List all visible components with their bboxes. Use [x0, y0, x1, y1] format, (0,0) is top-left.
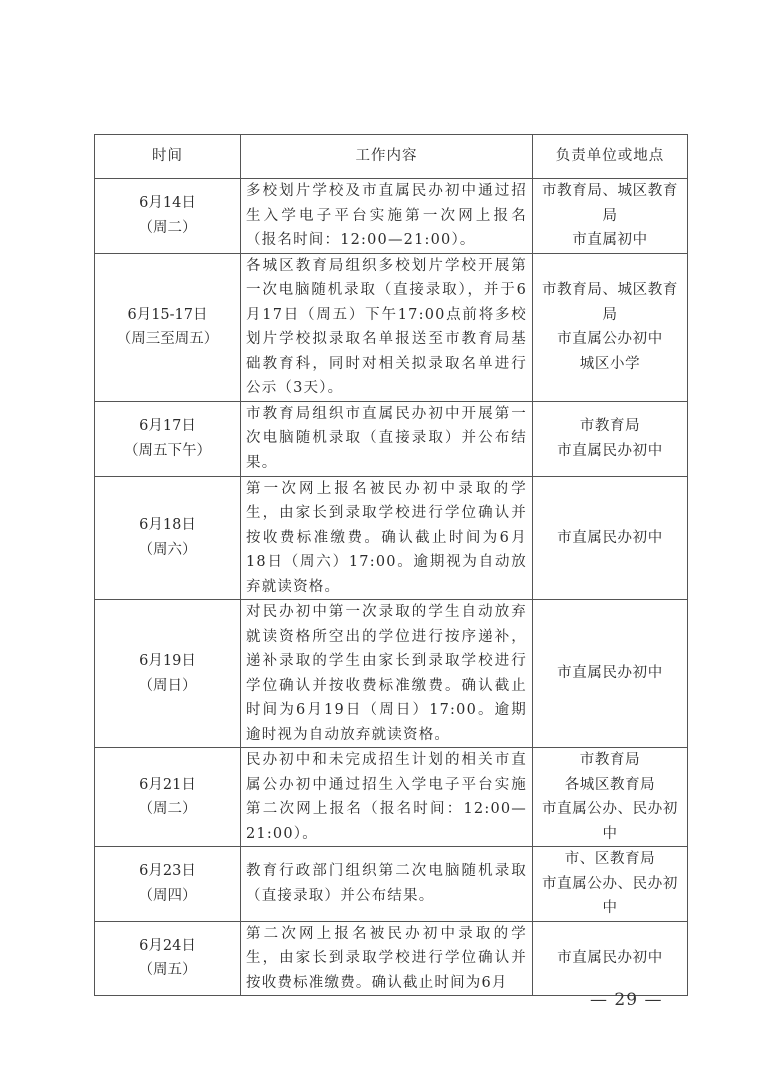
table-row: 6月17日 （周五下午） 市教育局组织市直属民办初中开展第一次电脑随机录取（直接…: [95, 401, 688, 476]
work-content-cell: 市教育局组织市直属民办初中开展第一次电脑随机录取（直接录取）并公布结果。: [241, 401, 533, 476]
header-work-content: 工作内容: [241, 135, 533, 179]
date: 6月18日: [100, 513, 235, 538]
date: 6月14日: [100, 191, 235, 216]
work-content-cell: 多校划片学校及市直属民办初中通过招生入学电子平台实施第一次网上报名（报名时间：1…: [241, 179, 533, 254]
unit-line: 市教育局、城区教育局: [538, 179, 682, 228]
time-cell: 6月24日 （周五）: [95, 921, 241, 996]
weekday: （周五）: [100, 958, 235, 983]
work-content-cell: 对民办初中第一次录取的学生自动放弃就读资格所空出的学位进行按序递补，递补录取的学…: [241, 600, 533, 748]
table-row: 6月14日 （周二） 多校划片学校及市直属民办初中通过招生入学电子平台实施第一次…: [95, 179, 688, 254]
document-page: 时间 工作内容 负责单位或地点 6月14日 （周二） 多校划片学校及市直属民办初…: [0, 0, 763, 1080]
responsible-unit-cell: 市教育局 各城区教育局 市直属公办、民办初中: [533, 748, 688, 847]
time-cell: 6月21日 （周二）: [95, 748, 241, 847]
date: 6月21日: [100, 773, 235, 798]
work-content-cell: 第二次网上报名被民办初中录取的学生，由家长到录取学校进行学位确认并按收费标准缴费…: [241, 921, 533, 996]
weekday: （周三至周五）: [100, 327, 235, 352]
date: 6月15-17日: [100, 303, 235, 328]
unit-line: 市直属初中: [538, 228, 682, 253]
table-row: 6月19日 （周日） 对民办初中第一次录取的学生自动放弃就读资格所空出的学位进行…: [95, 600, 688, 748]
date: 6月23日: [100, 859, 235, 884]
date: 6月24日: [100, 934, 235, 959]
page-number: — 29 —: [590, 990, 662, 1010]
time-cell: 6月19日 （周日）: [95, 600, 241, 748]
time-cell: 6月17日 （周五下午）: [95, 401, 241, 476]
weekday: （周二）: [100, 797, 235, 822]
responsible-unit-cell: 市教育局、城区教育局 市直属公办初中 城区小学: [533, 253, 688, 401]
responsible-unit-cell: 市教育局 市直属民办初中: [533, 401, 688, 476]
weekday: （周四）: [100, 884, 235, 909]
unit-line: 市直属公办、民办初中: [538, 872, 682, 921]
table-row: 6月21日 （周二） 民办初中和未完成招生计划的相关市直属公办初中通过招生入学电…: [95, 748, 688, 847]
unit-line: 市直属公办、民办初中: [538, 797, 682, 846]
unit-line: 市直属民办初中: [538, 526, 682, 551]
work-content-cell: 教育行政部门组织第二次电脑随机录取（直接录取）并公布结果。: [241, 847, 533, 922]
responsible-unit-cell: 市直属民办初中: [533, 476, 688, 600]
time-cell: 6月18日 （周六）: [95, 476, 241, 600]
unit-line: 市教育局: [538, 414, 682, 439]
weekday: （周日）: [100, 674, 235, 699]
weekday: （周五下午）: [100, 439, 235, 464]
table-row: 6月23日 （周四） 教育行政部门组织第二次电脑随机录取（直接录取）并公布结果。…: [95, 847, 688, 922]
work-content-cell: 第一次网上报名被民办初中录取的学生，由家长到录取学校进行学位确认并按收费标准缴费…: [241, 476, 533, 600]
work-content-cell: 民办初中和未完成招生计划的相关市直属公办初中通过招生入学电子平台实施第二次网上报…: [241, 748, 533, 847]
time-cell: 6月14日 （周二）: [95, 179, 241, 254]
time-cell: 6月15-17日 （周三至周五）: [95, 253, 241, 401]
table-row: 6月18日 （周六） 第一次网上报名被民办初中录取的学生，由家长到录取学校进行学…: [95, 476, 688, 600]
enrollment-schedule-table: 时间 工作内容 负责单位或地点 6月14日 （周二） 多校划片学校及市直属民办初…: [94, 134, 688, 996]
unit-line: 各城区教育局: [538, 773, 682, 798]
responsible-unit-cell: 市、区教育局 市直属公办、民办初中: [533, 847, 688, 922]
responsible-unit-cell: 市直属民办初中: [533, 600, 688, 748]
unit-line: 市直属民办初中: [538, 439, 682, 464]
unit-line: 市教育局: [538, 748, 682, 773]
table-row: 6月24日 （周五） 第二次网上报名被民办初中录取的学生，由家长到录取学校进行学…: [95, 921, 688, 996]
date: 6月19日: [100, 649, 235, 674]
unit-line: 市直属民办初中: [538, 661, 682, 686]
weekday: （周二）: [100, 216, 235, 241]
header-time: 时间: [95, 135, 241, 179]
table-header-row: 时间 工作内容 负责单位或地点: [95, 135, 688, 179]
date: 6月17日: [100, 414, 235, 439]
unit-line: 市、区教育局: [538, 847, 682, 872]
unit-line: 市教育局、城区教育局: [538, 278, 682, 327]
unit-line: 城区小学: [538, 352, 682, 377]
work-content-cell: 各城区教育局组织多校划片学校开展第一次电脑随机录取（直接录取），并于6月17日（…: [241, 253, 533, 401]
unit-line: 市直属民办初中: [538, 946, 682, 971]
header-responsible-unit: 负责单位或地点: [533, 135, 688, 179]
time-cell: 6月23日 （周四）: [95, 847, 241, 922]
table-row: 6月15-17日 （周三至周五） 各城区教育局组织多校划片学校开展第一次电脑随机…: [95, 253, 688, 401]
responsible-unit-cell: 市直属民办初中: [533, 921, 688, 996]
responsible-unit-cell: 市教育局、城区教育局 市直属初中: [533, 179, 688, 254]
unit-line: 市直属公办初中: [538, 327, 682, 352]
weekday: （周六）: [100, 538, 235, 563]
